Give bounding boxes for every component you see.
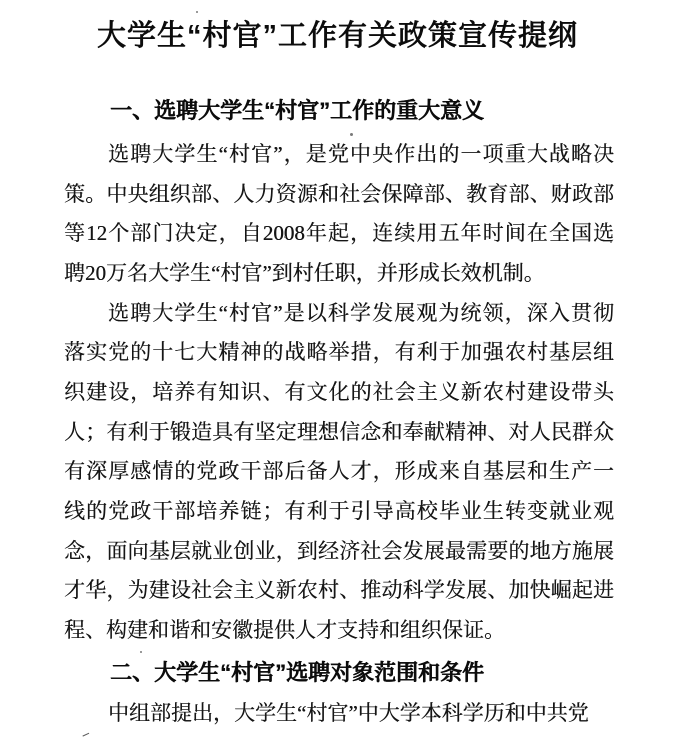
- paragraph-line: 才华，为建设社会主义新农村、推动科学发展、加快崛起进: [64, 575, 614, 611]
- scanned-document-page: 大学生“村官”工作有关政策宣传提纲 一、选聘大学生“村官”工作的重大意义 选聘大…: [0, 0, 675, 746]
- scan-speck: [196, 11, 198, 13]
- scan-speck: [350, 133, 353, 136]
- scan-speck: [140, 651, 142, 653]
- paragraph-line: 织建设，培养有知识、有文化的社会主义新农村建设带头: [64, 377, 614, 413]
- scan-speck: [284, 236, 286, 238]
- section-heading-1: 一、选聘大学生“村官”工作的重大意义: [64, 96, 614, 132]
- paragraph-line: 选聘大学生“村官”是以科学发展观为统领，深入贯彻: [64, 298, 614, 334]
- paragraph-line: 策。中央组织部、人力资源和社会保障部、教育部、财政部: [64, 179, 614, 215]
- document-title: 大学生“村官”工作有关政策宣传提纲: [0, 17, 675, 55]
- paragraph-line: 落实党的十七大精神的战略举措，有利于加强农村基层组: [64, 337, 614, 373]
- paragraph-line: 程、构建和谐和安徽提供人才支持和组织保证。: [64, 615, 614, 651]
- paragraph-line: 线的党政干部培养链；有利于引导高校毕业生转变就业观: [64, 496, 614, 532]
- section-heading-2: 二、大学生“村官”选聘对象范围和条件: [64, 658, 614, 694]
- paragraph-line: 选聘大学生“村官”，是党中央作出的一项重大战略决: [64, 139, 614, 175]
- scan-speck: [82, 733, 90, 740]
- scan-speck: [610, 241, 612, 243]
- paragraph-line: 念，面向基层就业创业，到经济社会发展最需要的地方施展: [64, 536, 614, 572]
- paragraph-line: 等12个部门决定，自2008年起，连续用五年时间在全国选: [64, 218, 614, 254]
- paragraph-line: 人；有利于锻造具有坚定理想信念和奉献精神、对人民群众: [64, 417, 614, 453]
- paragraph-line: 聘20万名大学生“村官”到村任职，并形成长效机制。: [64, 258, 614, 294]
- paragraph-line: 中组部提出，大学生“村官”中大学本科学历和中共党: [64, 698, 614, 734]
- paragraph-line: 有深厚感情的党政干部后备人才，形成来自基层和生产一: [64, 456, 614, 492]
